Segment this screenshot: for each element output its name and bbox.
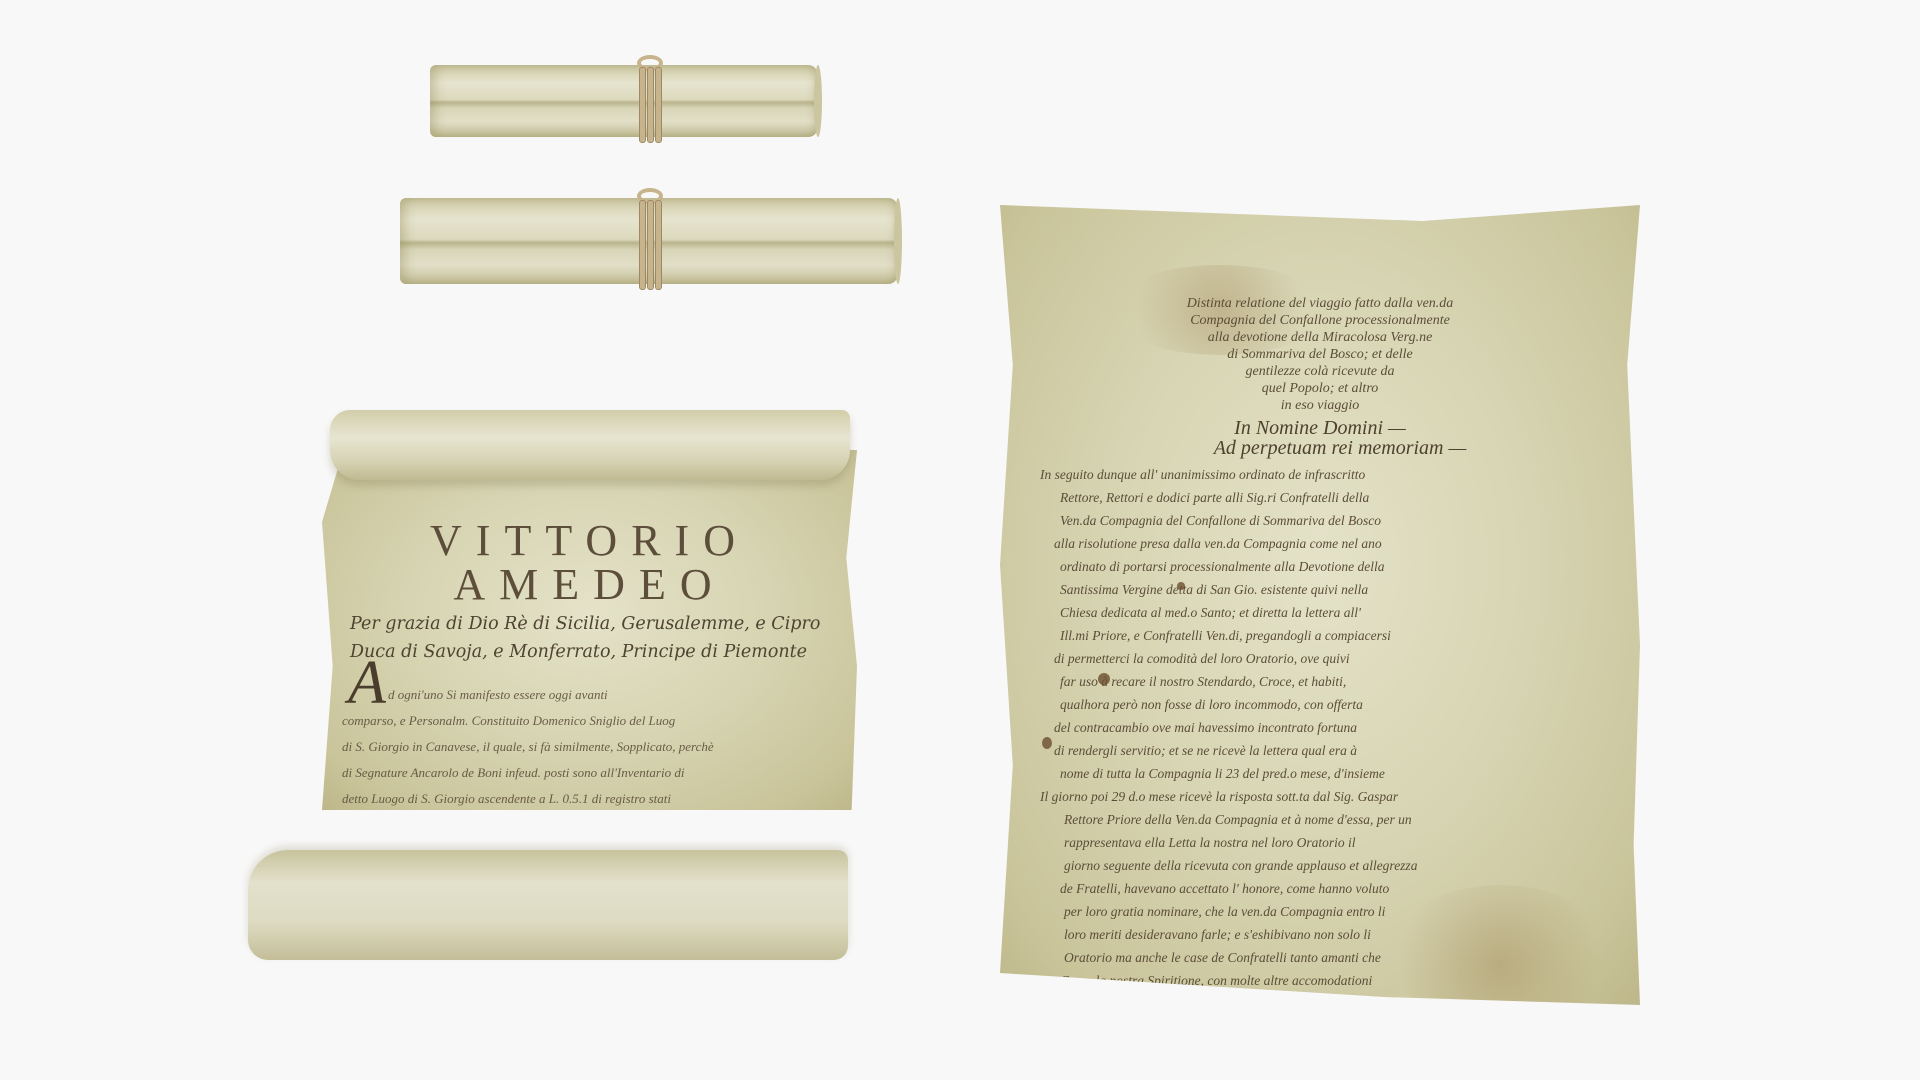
body-line: di S. Giorgio in Canavese, il quale, si …: [342, 734, 832, 760]
twine-tie: [635, 57, 665, 143]
body-line: di Segnature Ancarolo de Boni infeud. po…: [342, 760, 832, 786]
scroll-subtitle-line2: Duca di Savoja, e Monferrato, Principe d…: [350, 638, 850, 666]
ink-blot: [1042, 737, 1052, 749]
scroll-top-roll: [330, 410, 850, 480]
scroll-end: [894, 198, 902, 284]
scroll-sheet: VITTORIO AMEDEO Per grazia di Dio Rè di …: [322, 450, 857, 810]
scroll-title-line2: AMEDEO: [322, 562, 857, 608]
manuscript-title: Distinta relatione del viaggio fatto dal…: [1060, 295, 1580, 414]
scroll-subtitle-line1: Per grazia di Dio Rè di Sicilia, Gerusal…: [350, 610, 850, 638]
ink-blot: [1177, 582, 1185, 590]
ink-blot: [1098, 673, 1110, 685]
body-line: detto Luogo di S. Giorgio ascendente a L…: [342, 786, 832, 812]
scroll-bottom-roll: [248, 850, 848, 960]
body-line: d ogni'uno Si manifesto essere oggi avan…: [342, 682, 832, 708]
body-line: comparso, e Personalm. Constituito Domen…: [342, 708, 832, 734]
open-scroll: VITTORIO AMEDEO Per grazia di Dio Rè di …: [330, 410, 850, 850]
manuscript-sheet: Distinta relatione del viaggio fatto dal…: [1000, 205, 1640, 1005]
manuscript-page: Distinta relatione del viaggio fatto dal…: [1000, 205, 1640, 1005]
large-rolled-scroll: [400, 198, 898, 284]
scroll-title-line1: VITTORIO: [322, 518, 857, 564]
scroll-end: [814, 65, 822, 137]
manuscript-body: In seguito dunque all' unanimissimo ordi…: [1040, 463, 1600, 992]
twine-tie: [635, 190, 665, 290]
small-rolled-scroll: [430, 65, 818, 137]
manuscript-heading-2: Ad perpetuam rei memoriam —: [1080, 437, 1600, 460]
body-line: infeudati dal detto Seguire, riserva' de…: [342, 812, 832, 838]
